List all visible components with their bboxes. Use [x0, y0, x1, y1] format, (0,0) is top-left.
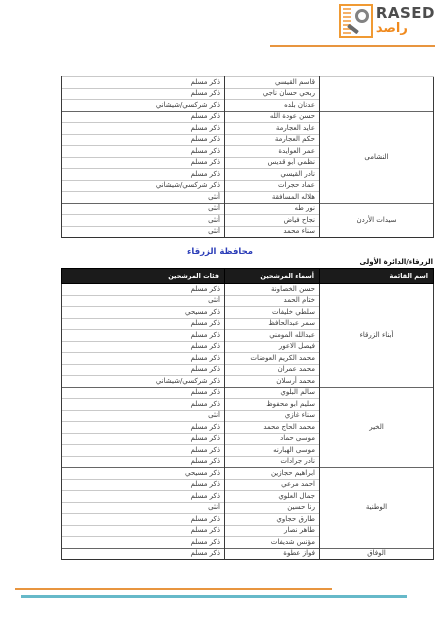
candidate-category-cell: ذكر مسلم — [62, 491, 225, 503]
page: { "logo": { "brand_en": "RASED", "brand_… — [0, 0, 440, 623]
brand-name-en: RASED — [376, 6, 435, 22]
continuation-candidates-table: قاسم القيسيذكر مسلمربحي حسان ناجيذكر مسل… — [61, 76, 434, 238]
candidate-category-cell: ذكر مسيحي — [62, 468, 225, 480]
list-name-cell: الخير — [320, 387, 434, 468]
candidate-category-cell: ذكر مسلم — [62, 134, 225, 146]
magnifier-icon — [339, 4, 373, 38]
candidate-name-cell: سناء محمد — [225, 226, 320, 238]
candidate-row: الوطنيةابراهيم حجازينذكر مسيحي — [62, 468, 434, 480]
candidate-category-cell: ذكر مسلم — [62, 422, 225, 434]
candidate-name-cell: حسن عودة الله — [225, 111, 320, 123]
candidate-row: قاسم القيسيذكر مسلم — [62, 77, 434, 89]
table-header-row: اسم القائمةأسماء المرشحينفئات المرشحين — [62, 269, 434, 284]
footer-divider-orange — [15, 588, 332, 590]
candidate-name-cell: عايد العجارمة — [225, 123, 320, 135]
candidate-row: النشامىحسن عودة اللهذكر مسلم — [62, 111, 434, 123]
candidate-category-cell: ذكر مسيحي — [62, 307, 225, 319]
candidate-name-cell: فواز عطوة — [225, 548, 320, 560]
candidate-name-cell: نظمي أبو قديس — [225, 157, 320, 169]
candidate-category-cell: ذكر مسلم — [62, 341, 225, 353]
candidate-name-cell: موسى حماد — [225, 433, 320, 445]
candidate-category-cell: ذكر مسلم — [62, 514, 225, 526]
list-name-cell: النشامى — [320, 111, 434, 203]
candidate-name-cell: موسى الهبارنه — [225, 445, 320, 457]
candidate-category-cell: أنثى — [62, 203, 225, 215]
candidate-name-cell: عمر العوايدة — [225, 146, 320, 158]
candidate-name-cell: محمد عمران — [225, 364, 320, 376]
candidate-category-cell: ذكر مسلم — [62, 456, 225, 468]
candidate-category-cell: ذكر مسلم — [62, 157, 225, 169]
candidate-category-cell: ذكر مسلم — [62, 548, 225, 560]
candidate-category-cell: ذكر مسلم — [62, 445, 225, 457]
footer-divider-teal — [21, 595, 407, 598]
candidates-table: اسم القائمةأسماء المرشحينفئات المرشحينأب… — [61, 268, 434, 560]
candidate-name-cell: نور طه — [225, 203, 320, 215]
candidate-name-cell: سلطي خليفات — [225, 307, 320, 319]
column-header: أسماء المرشحين — [225, 269, 320, 284]
candidate-name-cell: احمد مرعي — [225, 479, 320, 491]
candidate-name-cell: محمد أرسلان — [225, 376, 320, 388]
candidate-category-cell: ذكر مسلم — [62, 525, 225, 537]
candidate-category-cell: ذكر مسلم — [62, 353, 225, 365]
candidate-category-cell: ذكر مسلم — [62, 433, 225, 445]
candidate-name-cell: مؤنس شديفات — [225, 537, 320, 549]
candidate-category-cell: ذكر مسلم — [62, 169, 225, 181]
candidates-table: قاسم القيسيذكر مسلمربحي حسان ناجيذكر مسل… — [61, 76, 434, 238]
candidate-category-cell: ذكر مسلم — [62, 123, 225, 135]
candidate-category-cell: ذكر شركسي/شيشاني — [62, 180, 225, 192]
brand-name-ar: راصد — [376, 22, 435, 36]
list-name-cell: سيدات الأردن — [320, 203, 434, 238]
candidate-category-cell: أنثى — [62, 192, 225, 204]
list-name-cell: الوفاق — [320, 548, 434, 560]
logo-text: RASED راصد — [376, 6, 435, 35]
candidate-category-cell: ذكر شركسي/شيشاني — [62, 376, 225, 388]
candidate-name-cell: جمال العلوي — [225, 491, 320, 503]
candidate-name-cell: عدنان بلده — [225, 100, 320, 112]
candidate-name-cell: هلاله المسافقة — [225, 192, 320, 204]
candidate-category-cell: ذكر مسلم — [62, 537, 225, 549]
list-name-cell: أبناء الزرقاء — [320, 284, 434, 388]
candidate-category-cell: ذكر مسلم — [62, 399, 225, 411]
candidate-name-cell: رنا حسين — [225, 502, 320, 514]
candidate-name-cell: ختام الحمد — [225, 295, 320, 307]
candidate-name-cell: نادر القيسي — [225, 169, 320, 181]
candidate-name-cell: فيصل الاعور — [225, 341, 320, 353]
candidate-row: أبناء الزرقاءحسن الخصاونةذكر مسلم — [62, 284, 434, 296]
governorate-heading: محافظة الزرقاء — [0, 247, 440, 257]
candidate-name-cell: سناء غازي — [225, 410, 320, 422]
candidate-name-cell: طاهر نصار — [225, 525, 320, 537]
candidate-row: الوفاقفواز عطوةذكر مسلم — [62, 548, 434, 560]
candidate-category-cell: ذكر مسلم — [62, 77, 225, 89]
candidate-category-cell: أنثى — [62, 502, 225, 514]
candidate-name-cell: قاسم القيسي — [225, 77, 320, 89]
candidate-name-cell: حكم العجارمة — [225, 134, 320, 146]
candidate-category-cell: ذكر مسلم — [62, 284, 225, 296]
candidate-category-cell: ذكر مسلم — [62, 364, 225, 376]
magnifier-lens — [355, 9, 369, 23]
district-heading: الزرقاء/الدائرة الأولى — [360, 258, 433, 266]
candidate-category-cell: أنثى — [62, 295, 225, 307]
candidate-row: الخيرسالم البلويذكر مسلم — [62, 387, 434, 399]
candidate-category-cell: ذكر مسلم — [62, 479, 225, 491]
candidate-name-cell: ربحي حسان ناجي — [225, 88, 320, 100]
candidate-name-cell: طارق حجاوي — [225, 514, 320, 526]
document-lines-decoration — [343, 8, 351, 34]
zarqa-first-district-table: اسم القائمةأسماء المرشحينفئات المرشحينأب… — [61, 268, 434, 560]
candidate-name-cell: نجاح فياض — [225, 215, 320, 227]
candidate-name-cell: سالم البلوي — [225, 387, 320, 399]
candidate-name-cell: محمد الكريم العوضات — [225, 353, 320, 365]
column-header: فئات المرشحين — [62, 269, 225, 284]
header-divider-orange — [270, 45, 435, 47]
list-name-cell: الوطنية — [320, 468, 434, 549]
rased-logo: RASED راصد — [339, 4, 435, 38]
candidate-name-cell: حسن الخصاونة — [225, 284, 320, 296]
list-name-cell — [320, 77, 434, 112]
column-header: اسم القائمة — [320, 269, 434, 284]
candidate-category-cell: ذكر مسلم — [62, 88, 225, 100]
candidate-category-cell: ذكر مسلم — [62, 387, 225, 399]
candidate-category-cell: ذكر شركسي/شيشاني — [62, 100, 225, 112]
candidate-name-cell: محمد الحاج محمد — [225, 422, 320, 434]
candidate-name-cell: عبدالله المومني — [225, 330, 320, 342]
candidate-name-cell: عماد حجرات — [225, 180, 320, 192]
candidate-name-cell: سليم ابو محفوظ — [225, 399, 320, 411]
candidate-category-cell: ذكر مسلم — [62, 146, 225, 158]
candidate-name-cell: سمر عبدالحافظ — [225, 318, 320, 330]
candidate-category-cell: ذكر مسلم — [62, 330, 225, 342]
candidate-name-cell: نادر جرادات — [225, 456, 320, 468]
candidate-category-cell: ذكر مسلم — [62, 111, 225, 123]
candidate-category-cell: أنثى — [62, 215, 225, 227]
candidate-category-cell: أنثى — [62, 410, 225, 422]
candidate-row: سيدات الأردننور طهأنثى — [62, 203, 434, 215]
candidate-name-cell: ابراهيم حجازين — [225, 468, 320, 480]
candidate-category-cell: ذكر مسلم — [62, 318, 225, 330]
candidate-category-cell: أنثى — [62, 226, 225, 238]
